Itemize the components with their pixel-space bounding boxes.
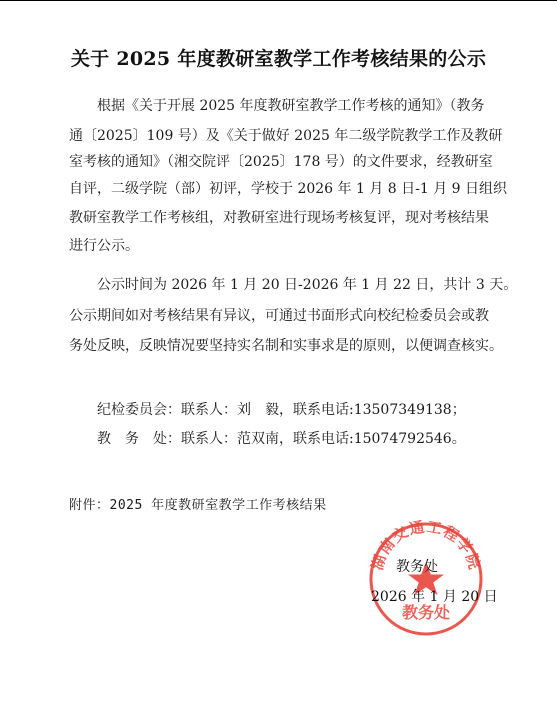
paragraph1-line: 根据《关于开展 2025 年度教研室教学工作考核的通知》（教务 [97, 97, 485, 115]
paragraph2-line: 务处反映，反映情况要坚持实名制和实事求是的原则，以便调查核实。 [69, 337, 503, 355]
paragraph1-line: 教研室教学工作考核组，对教研室进行现场考核复评，现对考核结果 [69, 209, 489, 227]
signature-department: 教务处 [396, 556, 438, 576]
paragraph1-line: 室考核的通知》（湘交院评〔2025〕178 号）的文件要求，经教研室 [69, 153, 493, 171]
signature-date: 2026 年 1 月 20 日 [371, 586, 498, 606]
paragraph2-line: 公示时间为 2026 年 1 月 20 日-2026 年 1 月 22 日，共计… [97, 276, 517, 294]
contact-academic-affairs: 教 务 处：联系人：范双南，联系电话:15074792546。 [97, 430, 466, 448]
contact-discipline-committee: 纪检委员会：联系人：刘 毅，联系电话:13507349138； [97, 401, 466, 419]
page-title: 关于 2025 年度教研室教学工作考核结果的公示 [0, 44, 557, 71]
attachment-link[interactable]: 附件：2025 年度教研室教学工作考核结果 [69, 494, 327, 513]
paragraph1-line: 自评，二级学院（部）初评，学校于 2026 年 1 月 8 日-1 月 9 日组… [69, 180, 507, 198]
top-border-line [0, 0, 557, 1]
paragraph1-line: 通〔2025〕109 号）及《关于做好 2025 年二级学院教学工作及教研 [69, 127, 502, 145]
paragraph1-line: 进行公示。 [69, 237, 139, 255]
official-seal-stamp-icon: 湖南交通工程学院 教务处 [367, 520, 485, 638]
paragraph2-line: 公示期间如对考核结果有异议，可通过书面形式向校纪检委员会或教 [69, 307, 489, 325]
